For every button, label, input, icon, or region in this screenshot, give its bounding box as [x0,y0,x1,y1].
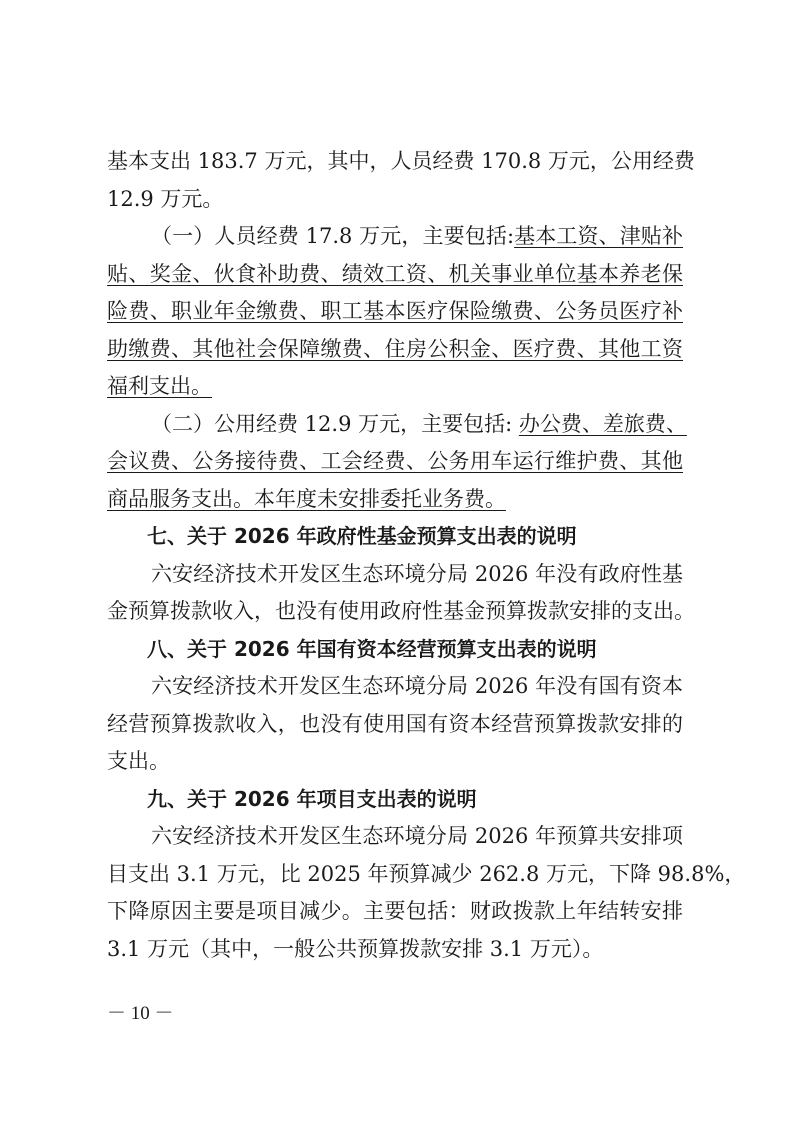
personnel-expense-line2: 贴、奖金、伙食补助费、绩效工资、机关事业单位基本养老保 [107,256,683,294]
section-heading-9: 九、关于 2026 年项目支出表的说明 [107,781,683,819]
section-9-line2: 目支出 3.1 万元，比 2025 年预算减少 262.8 万元，下降 98.8… [107,856,683,894]
public-expense-intro: （二）公用经费 12.9 万元，主要包括: [151,412,519,436]
public-expense-line2: 会议费、公务接待费、工会经费、公务用车运行维护费、其他 [107,443,683,481]
paragraph-basic-expenditure-line2: 12.9 万元。 [107,181,683,219]
document-page: 基本支出 183.7 万元，其中，人员经费 170.8 万元，公用经费 12.9… [107,143,683,968]
section-8-line1: 六安经济技术开发区生态环境分局 2026 年没有国有资本 [107,668,683,706]
paragraph-basic-expenditure-line1: 基本支出 183.7 万元，其中，人员经费 170.8 万元，公用经费 [107,143,683,181]
public-expense-end: 商品服务支出。本年度未安排委托业务费。 [107,487,506,511]
public-expense-items: 办公费、差旅费、 [519,412,687,436]
personnel-expense-end: 福利支出。 [107,374,212,398]
public-expense-line3: 商品服务支出。本年度未安排委托业务费。 [107,481,683,519]
personnel-expense-intro: （一）人员经费 17.8 万元，主要包括: [151,224,514,248]
personnel-expense-line1: （一）人员经费 17.8 万元，主要包括:基本工资、津贴补 [107,218,683,256]
section-9-line3: 下降原因主要是项目减少。主要包括：财政拨款上年结转安排 [107,893,683,931]
section-9-line4: 3.1 万元（其中，一般公共预算拨款安排 3.1 万元）。 [107,931,683,969]
section-7-line2: 金预算拨款收入，也没有使用政府性基金预算拨款安排的支出。 [107,593,683,631]
page-number: － 10 － [107,998,174,1025]
section-heading-7: 七、关于 2026 年政府性基金预算支出表的说明 [107,518,683,556]
section-heading-8: 八、关于 2026 年国有资本经营预算支出表的说明 [107,631,683,669]
personnel-expense-line3: 险费、职业年金缴费、职工基本医疗保险缴费、公务员医疗补 [107,293,683,331]
section-8-line2: 经营预算拨款收入，也没有使用国有资本经营预算拨款安排的 [107,706,683,744]
section-9-line1: 六安经济技术开发区生态环境分局 2026 年预算共安排项 [107,818,683,856]
personnel-expense-line4: 助缴费、其他社会保障缴费、住房公积金、医疗费、其他工资 [107,331,683,369]
section-8-line3: 支出。 [107,743,683,781]
section-7-line1: 六安经济技术开发区生态环境分局 2026 年没有政府性基 [107,556,683,594]
public-expense-line1: （二）公用经费 12.9 万元，主要包括: 办公费、差旅费、 [107,406,683,444]
personnel-expense-items: 基本工资、津贴补 [514,224,683,248]
personnel-expense-line5: 福利支出。 [107,368,683,406]
